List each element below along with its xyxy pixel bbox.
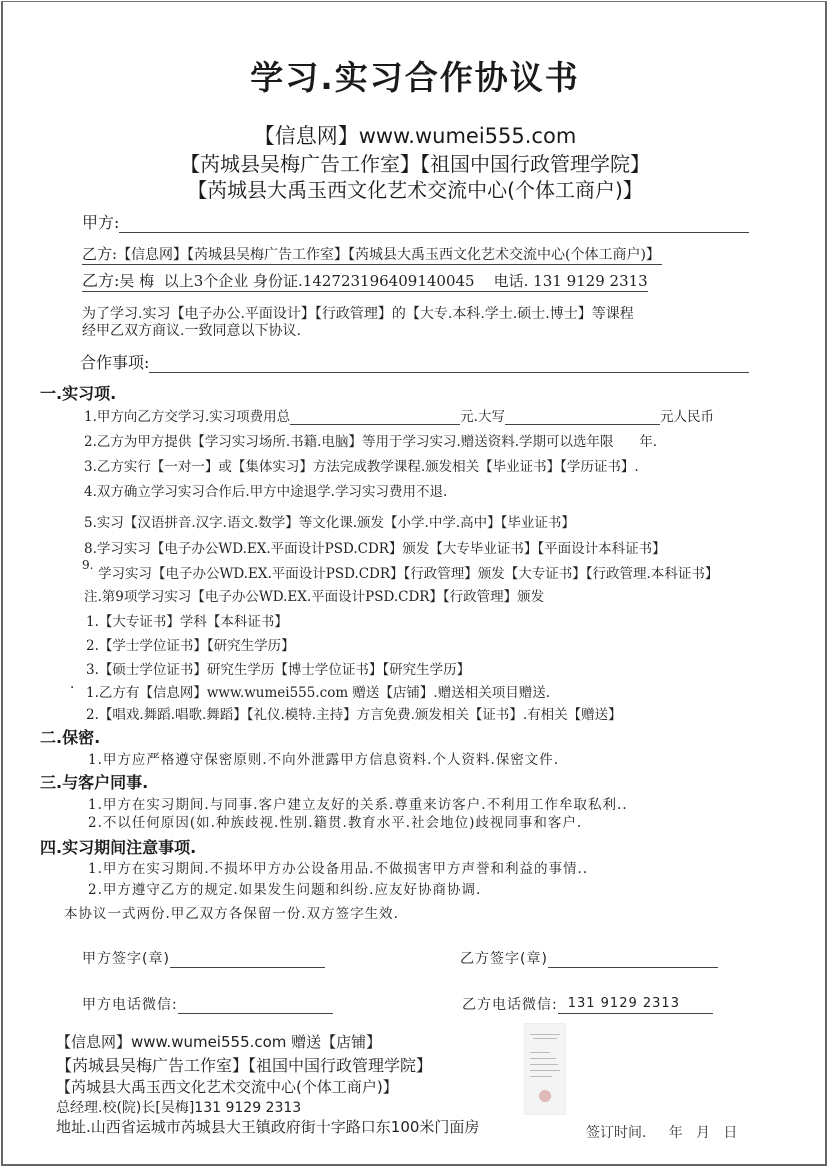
party-b2-value: 吴 梅 以上3个企业 身份证.142723196409140045 电话. 13… [119, 272, 647, 290]
section-1-item-2: 2.乙方为甲方提供【学习实习场所.书籍.电脑】等用于学习实习.赠送资料.学期可以… [84, 430, 657, 450]
certificate-thumbnail [524, 1023, 566, 1115]
section-1-gift-2: 2.【唱戏.舞蹈.唱歌.舞蹈】【礼仪.模特.主持】方言免费.颁发相关【证书】.有… [86, 703, 622, 723]
party-a-phone-label: 甲方电话微信: [82, 997, 178, 1013]
footer-address: 地址.山西省运城市芮城县大王镇政府街十字路口东100米门面房 [56, 1116, 479, 1137]
section-4-heading: 四.实习期间注意事项. [40, 835, 196, 858]
party-b-value: 【信息网】【芮城县吴梅广告工作室】【芮城县大禹玉西文化艺术交流中心(个体工商户)… [117, 247, 660, 263]
party-a-signature-row: 甲方签字(章) [82, 948, 325, 968]
bullet-dot: · [70, 680, 74, 696]
party-b-label: 乙方: [82, 245, 117, 263]
party-b2-row: 乙方:吴 梅 以上3个企业 身份证.142723196409140045 电话.… [82, 268, 648, 292]
section-1-sub-3: 3.【硕士学位证书】研究生学历【博士学位证书】【研究生学历】 [86, 658, 470, 678]
section-2-heading: 二.保密. [40, 725, 100, 748]
party-b-signature-field[interactable] [548, 953, 718, 968]
section-1-item-4: 4.双方确立学习实习合作后.甲方中途退学.学习实习费用不退. [84, 480, 447, 500]
signing-date: 签订时间. 年 月 日 [586, 1122, 737, 1142]
section-4-item-2: 2.甲方遵守乙方的规定.如果发生问题和纠纷.应友好协商协调. [88, 878, 481, 898]
party-b2-label: 乙方: [82, 271, 119, 290]
footer-center: 【芮城县大禹玉西文化艺术交流中心(个体工商户)】 [56, 1076, 398, 1097]
section-1-note: 注.第9项学习实习【电子办公WD.EX.平面设计PSD.CDR】【行政管理】颁发 [84, 585, 544, 605]
section-1-item-3: 3.乙方实行【一对一】或【集体实习】方法完成教学课程.颁发相关【毕业证书】【学历… [84, 455, 639, 475]
cooperation-field[interactable] [149, 356, 749, 373]
cooperation-label: 合作事项: [80, 353, 149, 372]
party-b-phone-row: 乙方电话微信:131 9129 2313 [462, 994, 713, 1014]
cooperation-row: 合作事项: [80, 350, 749, 373]
party-a-signature-field[interactable] [170, 953, 325, 968]
section-4-item-1: 1.甲方在实习期间.不损坏甲方办公设备用品.不做损害甲方声誉和利益的事情.. [88, 857, 588, 877]
section-1-sub-1: 1.【大专证书】学科【本科证书】 [86, 610, 288, 630]
party-b-phone-field[interactable]: 131 9129 2313 [558, 995, 713, 1014]
section-1-item-9-number: 9. [82, 558, 93, 572]
party-b-signature-row: 乙方签字(章) [460, 948, 718, 968]
item-1-text-c: 元人民币 [660, 409, 714, 425]
section-3-heading: 三.与客户同事. [40, 770, 148, 793]
section-2-item-1: 1.甲方应严格遵守保密原则.不向外泄露甲方信息资料.个人资料.保密文件. [88, 748, 559, 768]
section-1-item-1: 1.甲方向乙方交学习.实习项费用总元.大写元人民币 [84, 405, 714, 425]
section-1-sub-2: 2.【学士学位证书】【研究生学历】 [86, 634, 295, 654]
party-b-phone-value: 131 9129 2313 [558, 996, 680, 1011]
party-b-phone-label: 乙方电话微信: [462, 997, 558, 1013]
party-a-signature-label: 甲方签字(章) [82, 951, 170, 967]
party-b-row: 乙方:【信息网】【芮城县吴梅广告工作室】【芮城县大禹玉西文化艺术交流中心(个体工… [82, 243, 662, 265]
party-a-field[interactable] [119, 216, 749, 233]
closing-statement: 本协议一式两份.甲乙双方各保留一份.双方签字生效. [64, 902, 399, 922]
section-1-item-9: 学习实习【电子办公WD.EX.平面设计PSD.CDR】【行政管理】颁发【大专证书… [98, 562, 718, 582]
footer-manager: 总经理.校(院)长[吴梅]131 9129 2313 [56, 1097, 301, 1117]
section-1-gift-1: 1.乙方有【信息网】www.wumei555.com 赠送【店铺】.赠送相关项目… [86, 681, 550, 701]
party-a-phone-field[interactable] [178, 999, 333, 1014]
document-title: 学习.实习合作协议书 [0, 52, 830, 99]
footer-website: 【信息网】www.wumei555.com 赠送【店铺】 [56, 1031, 381, 1052]
header-website: 【信息网】www.wumei555.com [0, 120, 830, 150]
fee-capital-field[interactable] [505, 410, 660, 425]
footer-organizations: 【芮城县吴梅广告工作室】【祖国中国行政管理学院】 [56, 1053, 432, 1076]
party-a-phone-row: 甲方电话微信: [82, 994, 333, 1014]
seal-icon [539, 1090, 551, 1102]
header-organizations: 【芮城县吴梅广告工作室】【祖国中国行政管理学院】 [0, 148, 830, 177]
section-1-item-5: 5.实习【汉语拼音.汉字.语文.数学】等文化课.颁发【小学.中学.高中】【毕业证… [84, 511, 575, 531]
party-a-label: 甲方: [82, 213, 119, 232]
section-3-item-2: 2.不以任何原因(如.种族歧视.性别.籍贯.教育水平.社会地位)歧视同事和客户. [88, 811, 582, 831]
intro-line-2: 经甲乙双方商议.一致同意以下协议. [82, 320, 301, 340]
section-3-item-1: 1.甲方在实习期间.与同事.客户建立友好的关系.尊重来访客户.不利用工作牟取私利… [88, 793, 628, 813]
party-b-signature-label: 乙方签字(章) [460, 951, 548, 967]
item-1-text-b: 元.大写 [460, 409, 505, 425]
section-1-heading: 一.实习项. [40, 381, 116, 404]
section-1-item-8: 8.学习实习【电子办公WD.EX.平面设计PSD.CDR】颁发【大专毕业证书】【… [84, 537, 666, 557]
party-a-row: 甲方: [82, 210, 749, 233]
fee-amount-field[interactable] [290, 410, 460, 425]
item-1-text-a: 1.甲方向乙方交学习.实习项费用总 [84, 409, 290, 425]
header-center: 【芮城县大禹玉西文化艺术交流中心(个体工商户)】 [0, 174, 830, 203]
